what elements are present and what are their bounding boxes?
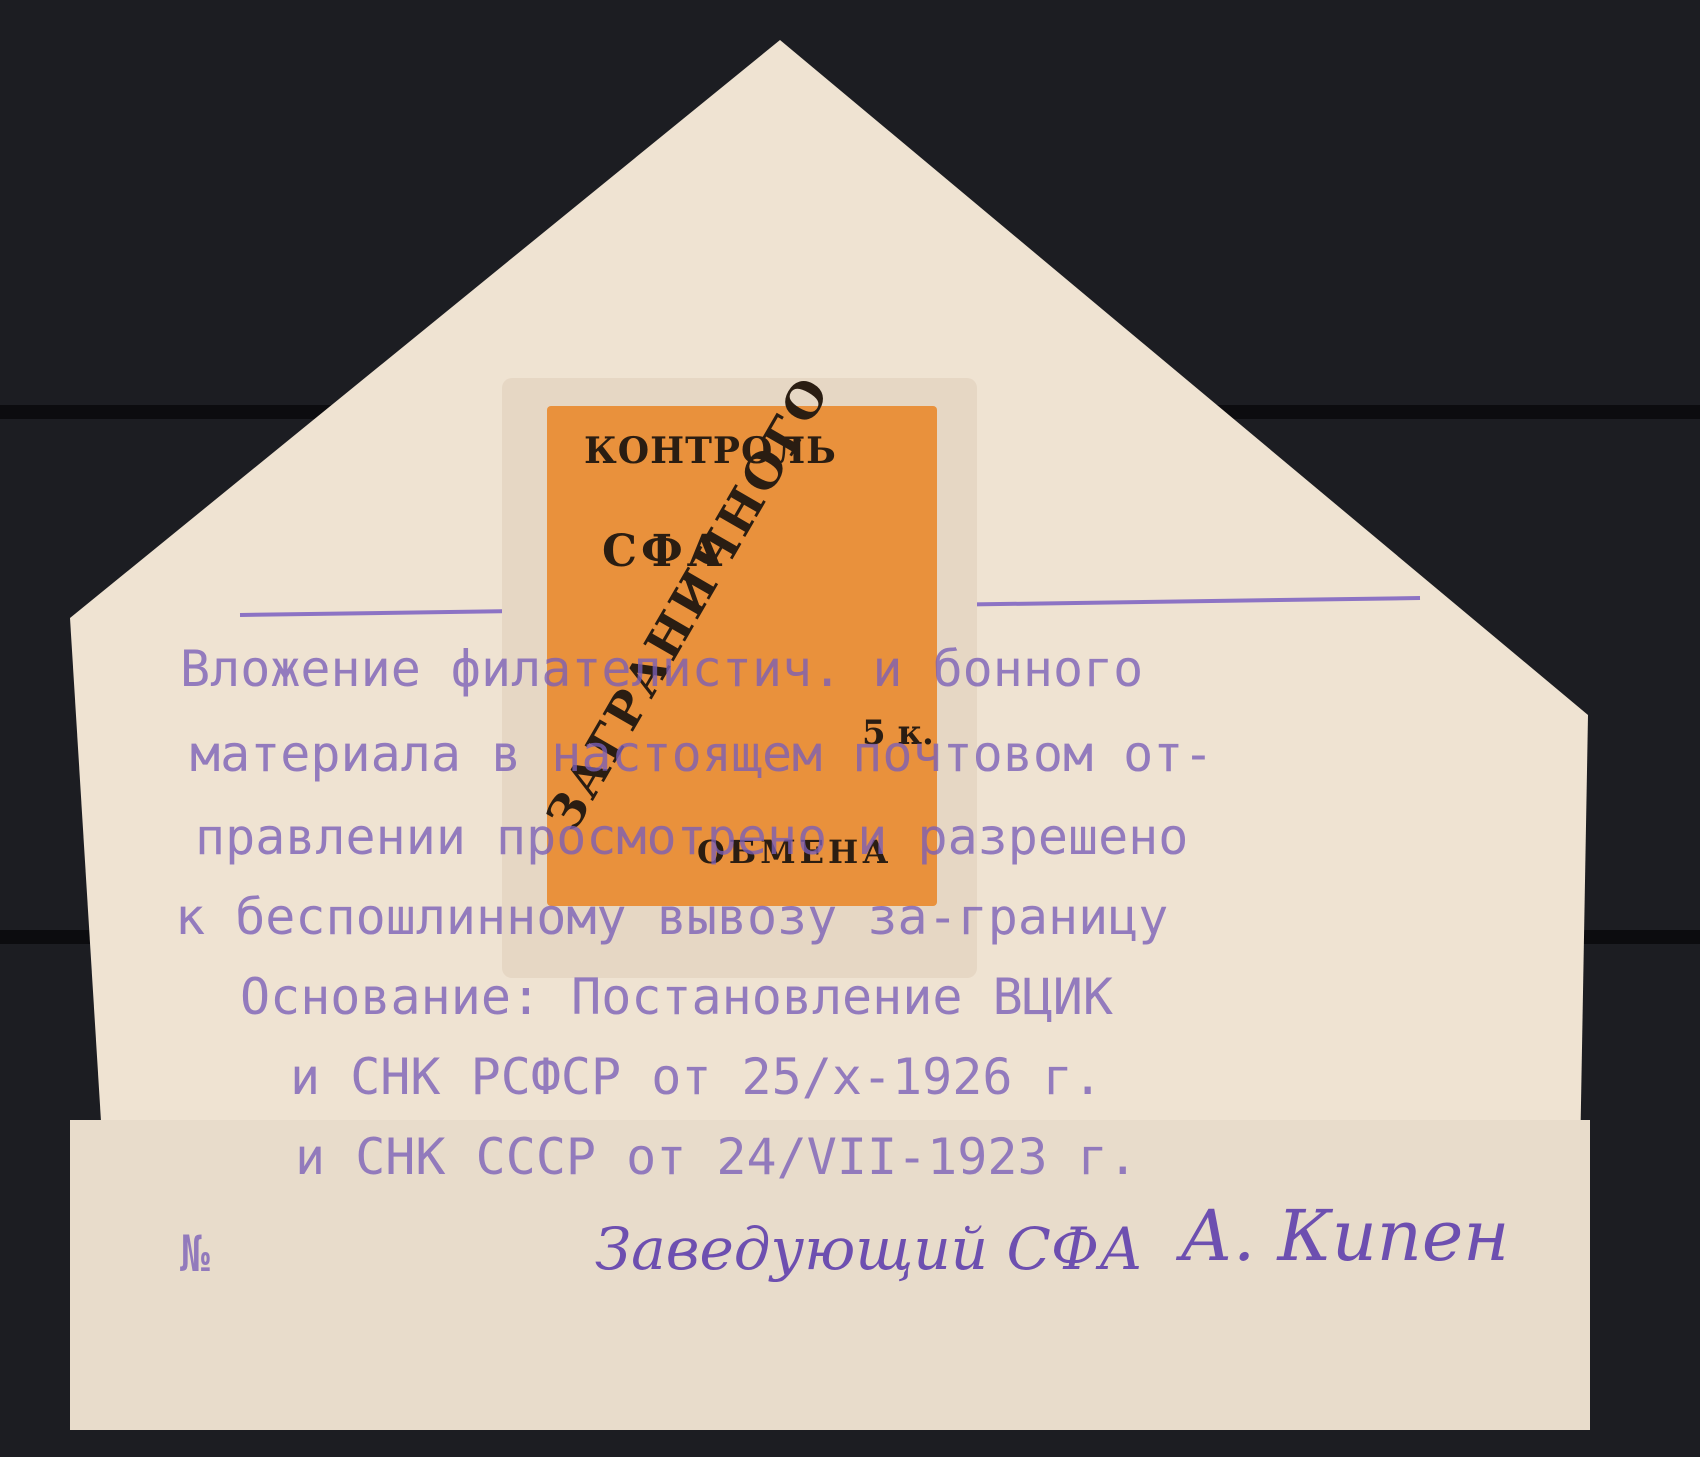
cachet-line: правлении просмотрено и разрешено	[195, 808, 1188, 866]
cachet-line: к беспошлинному вывозу за-границу	[175, 888, 1168, 946]
cachet-line: материала в настоящем почтовом от-	[190, 725, 1214, 783]
signatory-label: Заведующий СФА	[595, 1215, 1143, 1283]
number-label: №	[180, 1225, 210, 1283]
cachet-line: и СНК СССР от 24/VII-1923 г.	[295, 1128, 1138, 1186]
cachet-line: Основание: Постановление ВЦИК	[240, 968, 1113, 1026]
cachet-line: Вложение филателистич. и бонного	[180, 640, 1143, 698]
cachet-line: и СНК РСФСР от 25/х-1926 г.	[290, 1048, 1103, 1106]
signature: А. Кипен	[1180, 1195, 1509, 1277]
